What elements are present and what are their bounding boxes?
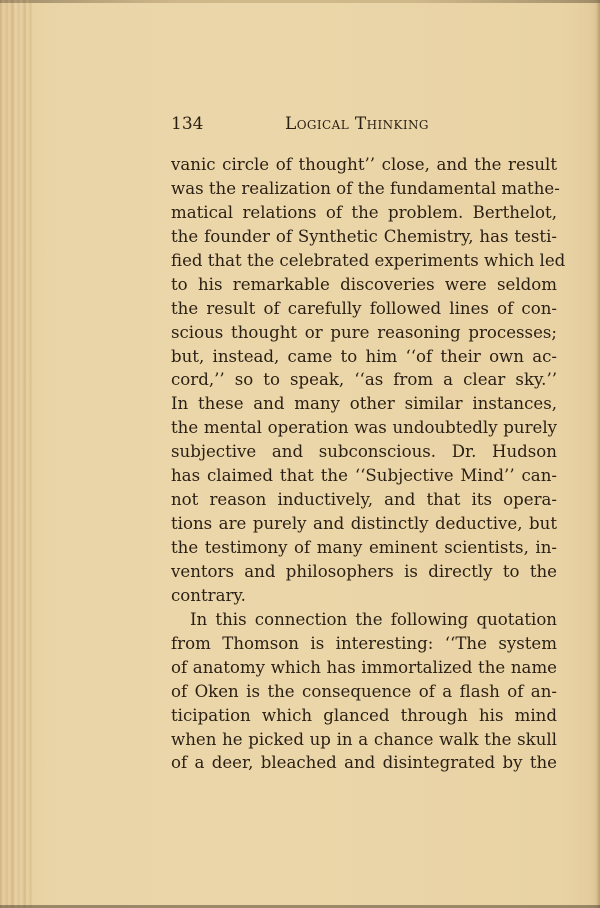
text-line: was the realization of the fundamental m… <box>171 177 557 201</box>
paragraph-1: vanic circle of thought’’ close, and the… <box>171 153 557 608</box>
text-line: from Thomson is interesting: ‘‘The syste… <box>171 632 557 656</box>
text-line: subjective and subconscious. Dr. Hudson <box>171 440 557 464</box>
text-line: when he picked up in a chance walk the s… <box>171 728 557 752</box>
book-page: 134 Logical Thinking vanic circle of tho… <box>0 0 600 908</box>
text-line: ventors and philosophers is directly to … <box>171 560 557 584</box>
text-line: of a deer, bleached and disintegrated by… <box>171 751 557 775</box>
paragraph-2: In this connection the following quotati… <box>171 608 557 776</box>
text-line: In this connection the following quotati… <box>171 608 557 632</box>
running-title: Logical Thinking <box>285 114 429 134</box>
page-top-edge <box>0 0 600 3</box>
page-spine-gutter <box>0 0 32 908</box>
text-line: contrary. <box>171 584 557 608</box>
text-line: has claimed that the ‘‘Subjective Mind’’… <box>171 464 557 488</box>
running-head: 134 Logical Thinking <box>171 114 555 134</box>
text-line: the testimony of many eminent scientists… <box>171 536 557 560</box>
text-line: tions are purely and distinctly deductiv… <box>171 512 557 536</box>
text-line: the result of carefully followed lines o… <box>171 297 557 321</box>
text-line: fied that the celebrated experiments whi… <box>171 249 557 273</box>
text-line: scious thought or pure reasoning process… <box>171 321 557 345</box>
body-text: vanic circle of thought’’ close, and the… <box>171 153 557 775</box>
text-line: the mental operation was undoubtedly pur… <box>171 416 557 440</box>
text-line: In these and many other similar instance… <box>171 392 557 416</box>
text-line: matical relations of the problem. Berthe… <box>171 201 557 225</box>
text-line: cord,’’ so to speak, ‘‘as from a clear s… <box>171 368 557 392</box>
page-right-edge <box>596 0 600 908</box>
text-line: but, instead, came to him ‘‘of their own… <box>171 345 557 369</box>
text-line: to his remarkable discoveries were seldo… <box>171 273 557 297</box>
text-line: vanic circle of thought’’ close, and the… <box>171 153 557 177</box>
page-number: 134 <box>171 114 203 134</box>
text-line: ticipation which glanced through his min… <box>171 704 557 728</box>
text-line: not reason inductively, and that its ope… <box>171 488 557 512</box>
text-line: of Oken is the consequence of a flash of… <box>171 680 557 704</box>
text-line: of anatomy which has immortalized the na… <box>171 656 557 680</box>
text-line: the founder of Synthetic Chemistry, has … <box>171 225 557 249</box>
